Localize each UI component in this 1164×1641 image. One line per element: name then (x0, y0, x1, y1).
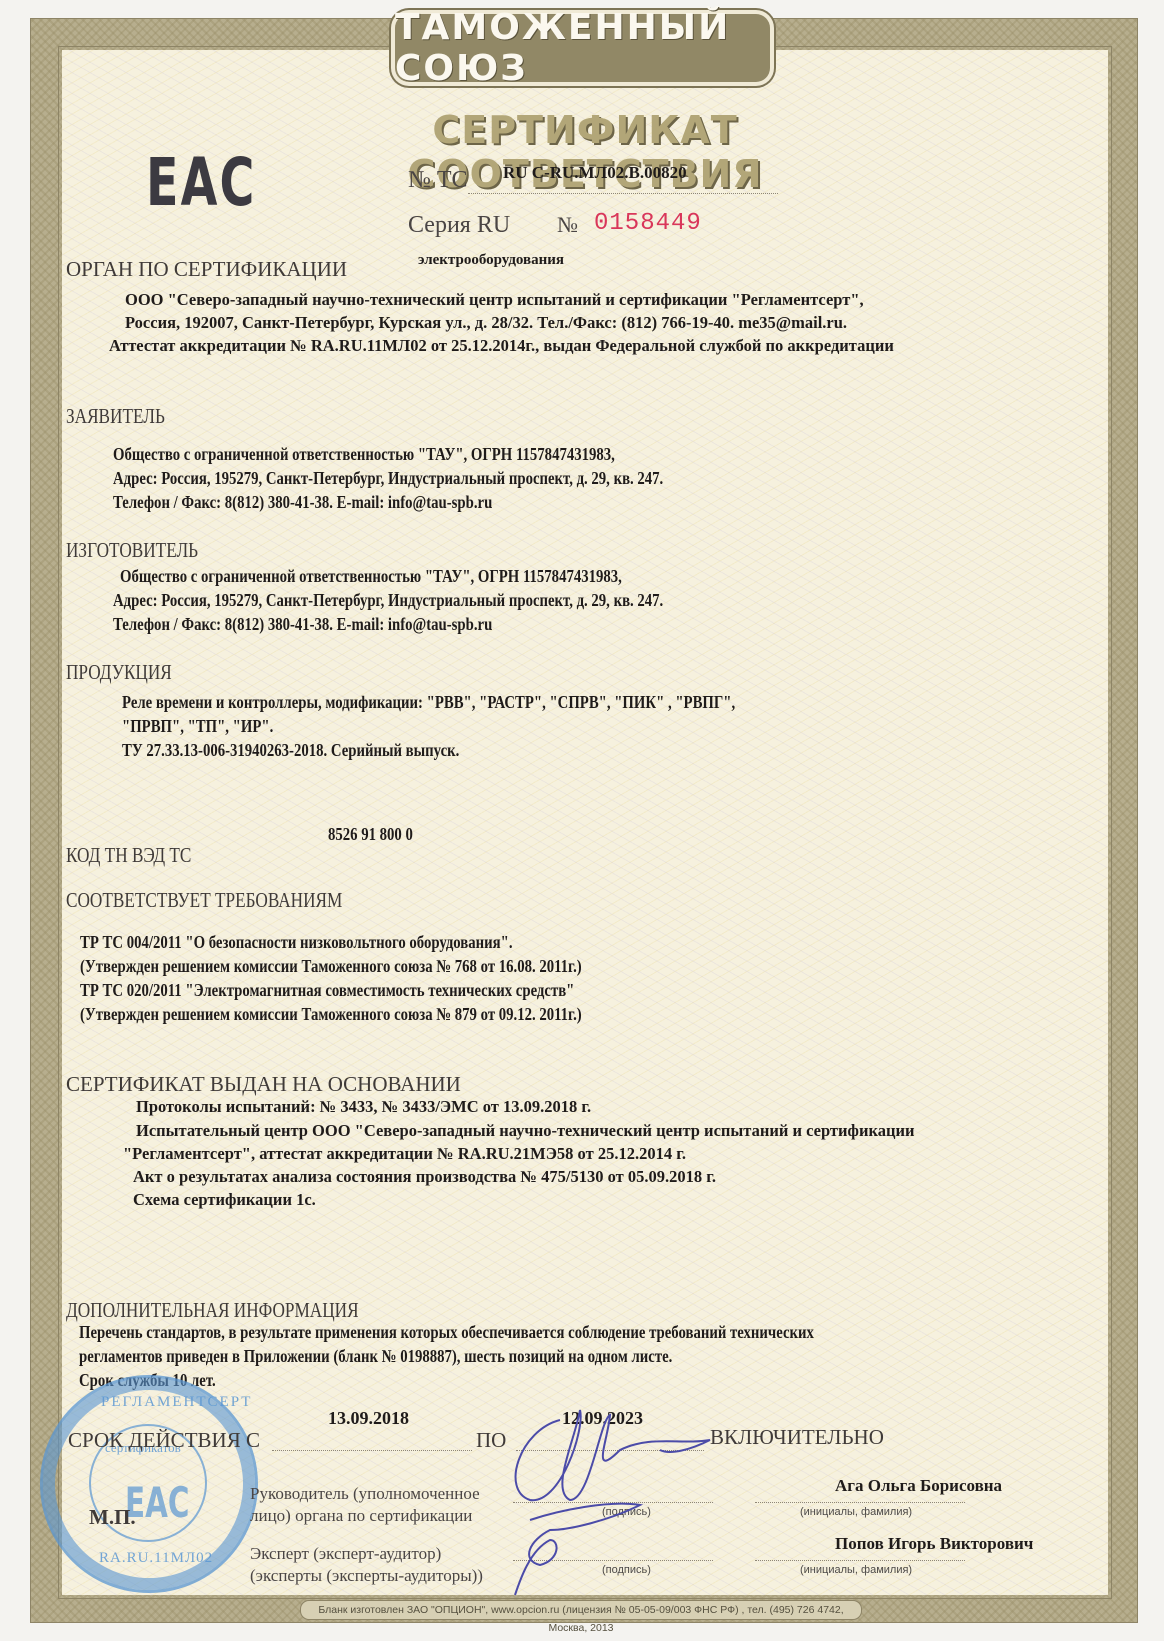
certification-body-line: Аттестат аккредитации № RA.RU.11МЛ02 от … (109, 336, 894, 356)
series-no-label: № (557, 212, 578, 238)
manufacturer-line: Общество с ограниченной ответственностью… (120, 566, 622, 587)
certification-body-subtitle: электрооборудования (418, 252, 564, 269)
valid-from-date: 13.09.2018 (328, 1408, 409, 1429)
products-line: Реле времени и контроллеры, модификации:… (122, 692, 735, 713)
basis-line: Испытательный центр ООО "Северо-западный… (136, 1121, 914, 1141)
stamp-ring-bottom: RA.RU.11МЛ02 (99, 1550, 213, 1567)
expert-name-caption: (инициалы, фамилия) (800, 1564, 912, 1576)
applicant-heading: ЗАЯВИТЕЛЬ (66, 404, 165, 429)
validity-from-label: СРОК ДЕЙСТВИЯ С (68, 1428, 260, 1453)
cert-number: RU C-RU.МЛ02.В.00820 (503, 163, 687, 183)
manufacturer-line: Адрес: Россия, 195279, Санкт-Петербург, … (113, 590, 663, 611)
eac-logo-icon: ЕАС (146, 144, 257, 221)
manufacturer-heading: ИЗГОТОВИТЕЛЬ (66, 538, 198, 563)
products-heading: ПРОДУКЦИЯ (66, 660, 172, 685)
expert-label: (эксперты (эксперты-аудиторы)) (250, 1566, 483, 1586)
applicant-line: Телефон / Факс: 8(812) 380-41-38. E-mail… (113, 492, 492, 513)
expert-name: Попов Игорь Викторович (835, 1534, 1033, 1554)
form-footer: Бланк изготовлен ЗАО "ОПЦИОН", www.opcio… (300, 1600, 862, 1620)
valid-from-line (272, 1450, 472, 1451)
head-name-caption: (инициалы, фамилия) (800, 1506, 912, 1518)
products-line: "ПРВП", "ТП", "ИР". (122, 716, 273, 737)
basis-line: Схема сертификации 1с. (133, 1190, 316, 1210)
head-label: Руководитель (уполномоченное (250, 1484, 480, 1504)
hs-code-value: 8526 91 800 0 (328, 824, 413, 845)
signature-icon (490, 1380, 760, 1600)
series-label: Серия RU (408, 212, 510, 239)
certification-body-line: ООО "Северо-западный научно-технический … (125, 290, 864, 310)
requirements-line: (Утвержден решением комиссии Таможенного… (80, 1004, 582, 1025)
cert-number-label: № ТС (408, 167, 468, 194)
requirements-line: ТР ТС 004/2011 "О безопасности низковоль… (80, 932, 513, 953)
additional-line: регламентов приведен в Приложении (бланк… (79, 1346, 672, 1367)
requirements-heading: СООТВЕТСТВУЕТ ТРЕБОВАНИЯМ (66, 888, 342, 913)
additional-line: Перечень стандартов, в результате примен… (79, 1322, 814, 1343)
head-label: лицо) органа по сертификации (250, 1506, 472, 1526)
series-number: 0158449 (594, 210, 702, 237)
stamp-ring-top: РЕГЛАМЕНТСЕРТ (101, 1394, 252, 1411)
manufacturer-line: Телефон / Факс: 8(812) 380-41-38. E-mail… (113, 614, 492, 635)
seal-label: М.П. (89, 1505, 136, 1530)
basis-line: "Регламентсерт", аттестат аккредитации №… (123, 1144, 686, 1164)
certification-body-heading: ОРГАН ПО СЕРТИФИКАЦИИ (66, 257, 347, 282)
applicant-line: Адрес: Россия, 195279, Санкт-Петербург, … (113, 468, 663, 489)
basis-line: Акт о результатах анализа состояния прои… (133, 1167, 716, 1187)
applicant-line: Общество с ограниченной ответственностью… (113, 444, 615, 465)
cert-number-line (468, 193, 778, 194)
head-name-line (755, 1502, 965, 1503)
head-name: Ага Ольга Борисовна (835, 1476, 1002, 1496)
requirements-line: ТР ТС 020/2011 "Электромагнитная совмест… (80, 980, 574, 1001)
expert-name-line (755, 1560, 965, 1561)
certification-body-line: Россия, 192007, Санкт-Петербург, Курская… (125, 313, 847, 333)
certification-stamp: РЕГЛАМЕНТСЕРТ сертификатов ЕАС RA.RU.11М… (40, 1375, 258, 1593)
hs-code-heading: КОД ТН ВЭД ТС (66, 843, 191, 868)
customs-union-banner: ТАМОЖЕННЫЙ СОЮЗ (395, 14, 770, 82)
products-line: ТУ 27.33.13-006-31940263-2018. Серийный … (122, 740, 459, 761)
basis-line: Протоколы испытаний: № 3433, № 3433/ЭМС … (136, 1097, 591, 1117)
requirements-line: (Утвержден решением комиссии Таможенного… (80, 956, 582, 977)
basis-heading: СЕРТИФИКАТ ВЫДАН НА ОСНОВАНИИ (66, 1072, 461, 1097)
additional-heading: ДОПОЛНИТЕЛЬНАЯ ИНФОРМАЦИЯ (66, 1298, 359, 1323)
expert-label: Эксперт (эксперт-аудитор) (250, 1544, 441, 1564)
